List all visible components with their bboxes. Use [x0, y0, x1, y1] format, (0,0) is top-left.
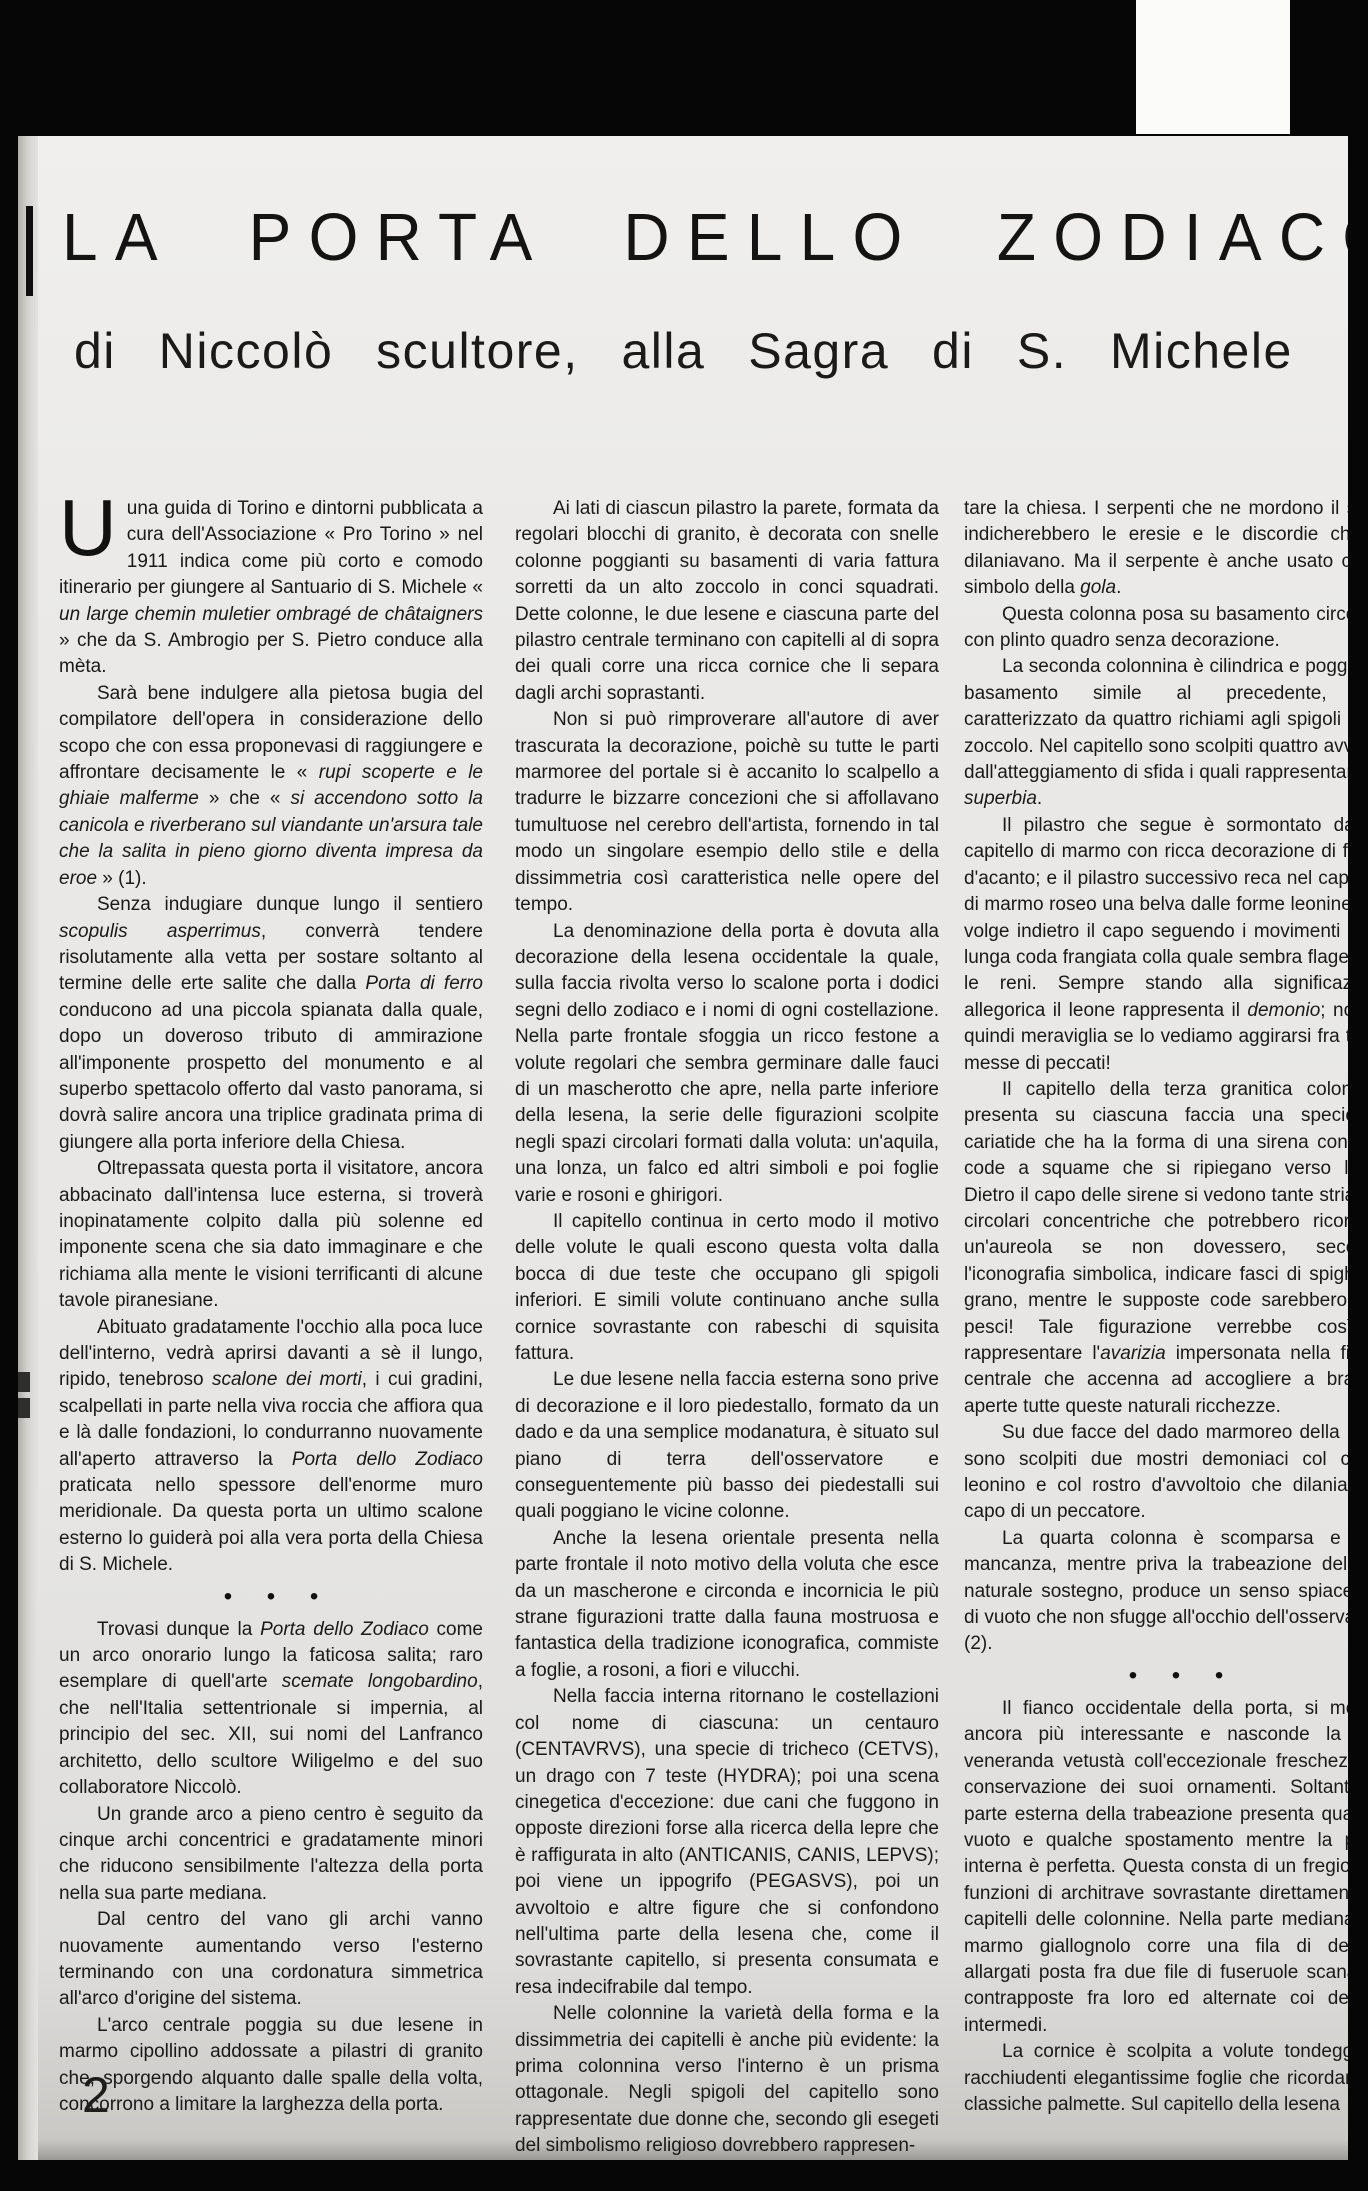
body-text: Il pilastro che segue è sormontato da un… [964, 815, 1348, 1021]
text-column-3: tare la chiesa. I serpenti che ne mordon… [964, 496, 1348, 2118]
binder-mark [18, 1372, 30, 1392]
body-text: Nelle colonnine la varietà della forma e… [515, 2003, 939, 2156]
text-column-1: Uuna guida di Torino e dintorni pubblica… [59, 496, 483, 2118]
paragraph: Il capitello continua in certo modo il m… [515, 1209, 939, 1367]
dropcap-initial: U [59, 496, 127, 557]
body-text: tare la chiesa. I serpenti che ne mordon… [964, 498, 1348, 598]
paragraph: Il capitello della terza granitica colon… [964, 1077, 1348, 1420]
body-text: Non si può rimproverare all'autore di av… [515, 709, 939, 915]
body-text: L'arco centrale poggia su due lesene in … [59, 2015, 483, 2115]
body-text: Su due facce del dado marmoreo della bas… [964, 1422, 1348, 1522]
italic-text: Porta di ferro [365, 973, 483, 994]
body-text: La cornice è scolpita a volute tondeggia… [964, 2041, 1348, 2115]
paragraph: Un grande arco a pieno centro è seguito … [59, 1802, 483, 1908]
paragraph: tare la chiesa. I serpenti che ne mordon… [964, 496, 1348, 602]
paragraph: Nelle colonnine la varietà della forma e… [515, 2001, 939, 2159]
italic-text: Porta dello Zodiaco [292, 1449, 483, 1470]
paragraph: La cornice è scolpita a volute tondeggia… [964, 2039, 1348, 2118]
scan-corner-patch [1136, 0, 1290, 134]
paragraph: Oltrepassata questa porta il visitatore,… [59, 1156, 483, 1314]
paragraph: La seconda colonnina è cilindrica e pogg… [964, 654, 1348, 812]
italic-text: scopulis asperrimus [59, 921, 261, 942]
body-text: Trovasi dunque la [97, 1619, 260, 1640]
italic-text: scemate longobardino [282, 1671, 478, 1692]
body-text: Il capitello della terza granitica colon… [964, 1079, 1348, 1364]
body-text: Il fianco occidentale della porta, si mo… [964, 1698, 1348, 2036]
paragraph: La denominazione della porta è dovuta al… [515, 919, 939, 1209]
italic-text: demonio [1247, 1000, 1320, 1021]
paragraph: Questa colonna posa su basamento circola… [964, 602, 1348, 655]
section-separator: • • • [964, 1658, 1348, 1696]
page-number: 2 [82, 2066, 110, 2124]
body-text: Nella faccia interna ritornano le costel… [515, 1686, 939, 1997]
italic-text: gola [1080, 577, 1116, 598]
body-text: » che « [199, 788, 291, 809]
paragraph: Senza indugiare dunque lungo il sentiero… [59, 892, 483, 1156]
binder-mark [18, 1398, 30, 1418]
page-title: LA PORTA DELLO ZODIACO [62, 198, 1348, 276]
italic-text: scalone dei morti [212, 1369, 362, 1390]
body-text: conducono ad una piccola spianata dalla … [59, 1000, 483, 1153]
paragraph: Anche la lesena orientale presenta nella… [515, 1526, 939, 1684]
page-subtitle: di Niccolò scultore, alla Sagra di S. Mi… [74, 322, 1293, 380]
paragraph: La quarta colonna è scomparsa e tale man… [964, 1526, 1348, 1658]
italic-text: superbia [964, 788, 1037, 809]
body-text: Oltrepassata questa porta il visitatore,… [59, 1158, 483, 1311]
body-text: Ai lati di ciascun pilastro la parete, f… [515, 498, 939, 704]
paragraph: Abituato gradatamente l'occhio alla poca… [59, 1315, 483, 1579]
body-text: La seconda colonnina è cilindrica e pogg… [964, 656, 1348, 783]
body-text: Il capitello continua in certo modo il m… [515, 1211, 939, 1364]
body-text: Le due lesene nella faccia esterna sono … [515, 1369, 939, 1522]
paragraph: Nella faccia interna ritornano le costel… [515, 1684, 939, 2001]
title-initial-bar [26, 206, 33, 296]
paragraph: Le due lesene nella faccia esterna sono … [515, 1367, 939, 1525]
body-text: . [1116, 577, 1121, 598]
body-text: Dal centro del vano gli archi vanno nuov… [59, 1909, 483, 2009]
body-text: Anche la lesena orientale presenta nella… [515, 1528, 939, 1681]
paragraph: Il pilastro che segue è sormontato da un… [964, 813, 1348, 1077]
scanned-page: LA PORTA DELLO ZODIACO di Niccolò sculto… [18, 136, 1348, 2160]
paragraph: Trovasi dunque la Porta dello Zodiaco co… [59, 1617, 483, 1802]
paragraph: Non si può rimproverare all'autore di av… [515, 707, 939, 918]
italic-text: Porta dello Zodiaco [260, 1619, 429, 1640]
paragraph: Uuna guida di Torino e dintorni pubblica… [59, 496, 483, 681]
paragraph: Il fianco occidentale della porta, si mo… [964, 1696, 1348, 2039]
text-column-2: Ai lati di ciascun pilastro la parete, f… [515, 496, 939, 2160]
body-text: Un grande arco a pieno centro è seguito … [59, 1804, 483, 1904]
body-text: » che da S. Ambrogio per S. Pietro condu… [59, 630, 483, 677]
body-text: Questa colonna posa su basamento circola… [964, 604, 1348, 651]
body-text: La quarta colonna è scomparsa e tale man… [964, 1528, 1348, 1655]
body-text: . [1037, 788, 1042, 809]
paragraph: L'arco centrale poggia su due lesene in … [59, 2013, 483, 2119]
body-text: La denominazione della porta è dovuta al… [515, 921, 939, 1206]
body-text: » (1). [97, 868, 147, 889]
section-separator: • • • [59, 1579, 483, 1617]
italic-text: avarizia [1100, 1343, 1165, 1364]
paragraph: Su due facce del dado marmoreo della bas… [964, 1420, 1348, 1526]
italic-text: un large chemin muletier ombragé de chât… [59, 604, 483, 625]
paragraph: Dal centro del vano gli archi vanno nuov… [59, 1907, 483, 2013]
paragraph: Sarà bene indulgere alla pietosa bugia d… [59, 681, 483, 892]
paragraph: Ai lati di ciascun pilastro la parete, f… [515, 496, 939, 707]
body-text: Senza indugiare dunque lungo il sentiero [97, 894, 483, 915]
page-left-edge [18, 136, 38, 2160]
body-text: praticata nello spessore dell'enorme mur… [59, 1475, 483, 1575]
